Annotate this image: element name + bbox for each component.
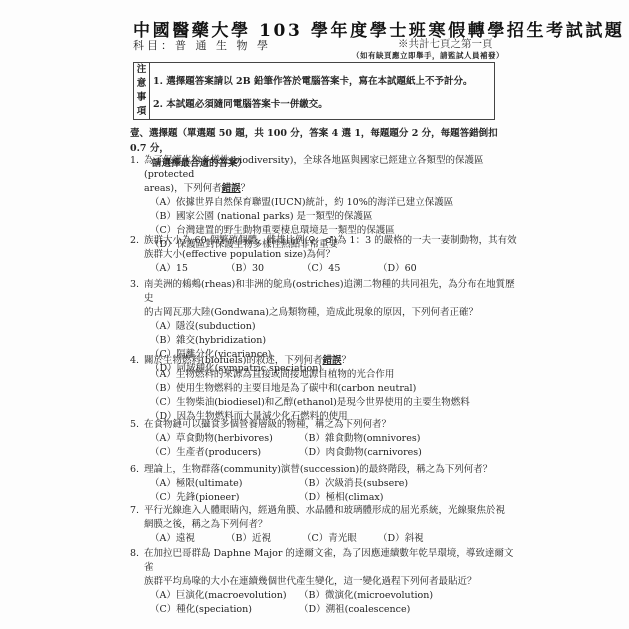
option-c: （C）種化(speciation) (150, 603, 299, 617)
question-stem: 為了保護生物多樣性(biodiversity)，全球各地區與國家已經建立各類型的… (144, 154, 520, 196)
option-a: （A）遠視 (150, 532, 226, 546)
option-b: （B）雜交(hybridization) (150, 334, 520, 348)
option-a: （A）巨演化(macroevolution) (150, 589, 299, 603)
option-a: （A）草食動物(herbivores) (150, 432, 299, 446)
option-c: （C）青光眼 (302, 532, 378, 546)
question-2: 2. 族群大小為 60 個繁殖個體，雌雄比例(♀：♂)為 1：3 的嚴格的一夫一… (130, 234, 520, 276)
question-7: 7. 平行光線進入人體眼睛內，經過角膜、水晶體和玻璃體形成的屈光系統，光線聚焦於… (130, 504, 520, 546)
option-a: （A）生物燃料的來源為直接或間接地源自植物的光合作用 (150, 368, 520, 382)
option-d: （D）60 (378, 262, 454, 276)
option-b: （B）雜食動物(omnivores) (299, 432, 448, 446)
exam-page: 中國醫藥大學 103 學年度學士班寒假轉學招生考試試題 科目：普 通 生 物 學… (0, 0, 629, 629)
question-8: 8. 在加拉巴哥群島 Daphne Major 的達爾文雀，為了因應連續數年乾旱… (130, 547, 520, 617)
option-b: （B）近視 (226, 532, 302, 546)
page-count-info: ※共計七頁之第一頁 (398, 36, 493, 51)
option-c: （C）生產者(producers) (150, 446, 299, 460)
option-a: （A）15 (150, 262, 226, 276)
option-d: （D）斜視 (378, 532, 454, 546)
option-c: （C）45 (302, 262, 378, 276)
option-b: （B）使用生物燃料的主要目地是為了碳中和(carbon neutral) (150, 382, 520, 396)
question-4: 4. 關於生物燃料(biofuels)的敘述，下列何者錯誤？ （A）生物燃料的來… (130, 354, 520, 424)
option-a: （A）極限(ultimate) (150, 477, 299, 491)
option-d: （D）肉食動物(carnivores) (299, 446, 448, 460)
option-b: （B）微演化(microevolution) (299, 589, 448, 603)
option-b: （B）30 (226, 262, 302, 276)
emphasis-text: 錯誤 (322, 355, 341, 366)
option-a: （A）依據世界自然保育聯盟(IUCN)統計，約 10%的海洋已建立保護區 (150, 196, 520, 210)
question-6: 6. 理論上，生物群落(community)演替(succession)的最終階… (130, 463, 520, 505)
exam-subject: 科目：普 通 生 物 學 (133, 37, 271, 53)
option-c: （C）生物柴油(biodiesel)和乙醇(ethanol)是現今世界使用的主要… (150, 396, 520, 410)
option-d: （D）極相(climax) (299, 491, 448, 505)
option-c: （C）先鋒(pioneer) (150, 491, 299, 505)
notes-label: 注 意 事 項 (134, 63, 150, 119)
option-d: （D）溯祖(coalescence) (299, 603, 448, 617)
question-5: 5. 在食物鏈可以攝食多個營養層級的物種，稱之為下列何者？ （A）草食動物(he… (130, 418, 520, 460)
emphasis-text: 錯誤 (222, 183, 241, 194)
option-b: （B）次級消長(subsere) (299, 477, 448, 491)
notes-box: 注 意 事 項 1. 選擇題答案請以 2B 鉛筆作答於電腦答案卡，寫在本試題紙上… (133, 62, 495, 120)
option-a: （A）隱沒(subduction) (150, 320, 520, 334)
option-b: （B）國家公園 (national parks) 是一類型的保護區 (150, 210, 520, 224)
note-item-1: 1. 選擇題答案請以 2B 鉛筆作答於電腦答案卡，寫在本試題紙上不予計分。 (153, 73, 472, 87)
note-item-2: 2. 本試題必須隨同電腦答案卡一併繳交。 (153, 96, 328, 110)
missing-page-note: （如有缺頁應立即舉手，請監試人員補發） (352, 50, 504, 61)
